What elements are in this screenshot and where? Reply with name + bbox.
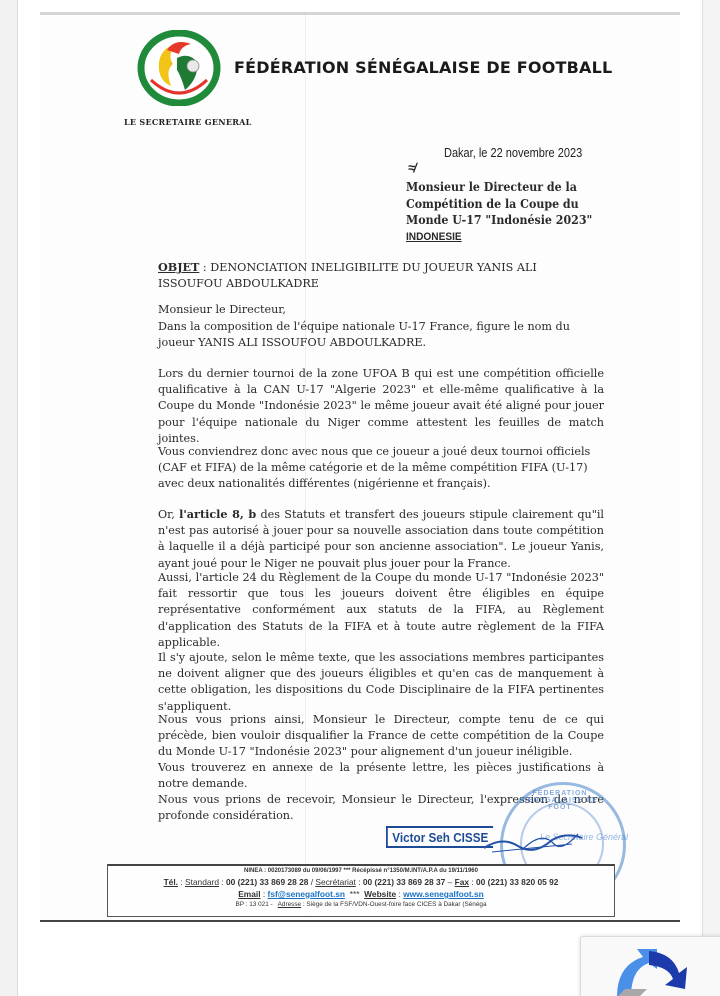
subject-label: OBJET: [158, 260, 199, 274]
website-link[interactable]: www.senegalfoot.sn: [403, 889, 484, 899]
standard-label: Standard: [185, 877, 219, 887]
recipient-line: Compétition de la Coupe du: [406, 196, 592, 213]
page-divider: [40, 920, 680, 922]
subject-text: : DENONCIATION INELIGIBILITE DU JOUEUR Y…: [158, 261, 537, 290]
letter-greeting: Monsieur le Directeur,: [158, 302, 604, 318]
address-text: Siège de la FSF/VDN-Ouest-foire face CIC…: [306, 901, 486, 908]
left-margin-strip: [0, 0, 18, 996]
article-reference: l'article 8, b: [179, 507, 256, 521]
footer-registration: NINEA : 0020173089 du 09/06/1997 *** Réc…: [108, 868, 614, 874]
recipient-address: Monsieur le Directeur de la Compétition …: [406, 179, 592, 245]
recipient-line: Monde U-17 "Indonésie 2023": [406, 212, 592, 229]
paragraph-4-text: Or,: [158, 508, 179, 521]
paragraph-4: Or, l'article 8, b des Statuts et transf…: [158, 506, 604, 572]
footer-phones: Tél. : Standard : 00 (221) 33 869 28 28 …: [108, 877, 614, 887]
fax-label: Fax: [455, 877, 469, 887]
address-label: Adresse: [278, 901, 301, 908]
tel-label: Tél.: [164, 877, 178, 887]
signatory-name-stamp: Victor Seh CISSE: [386, 826, 493, 848]
paragraph-2: Lors du dernier tournoi de la zone UFOA …: [158, 366, 604, 447]
paragraph-3: Vous conviendrez donc avec nous que ce j…: [158, 444, 604, 493]
standard-number: 00 (221) 33 869 28 28: [226, 877, 308, 887]
email-label: Email: [238, 889, 260, 899]
letter-subject: OBJET : DENONCIATION INELIGIBILITE DU JO…: [158, 259, 604, 292]
recaptcha-icon: [613, 947, 687, 996]
website-label: Website: [364, 889, 396, 899]
recipient-country: INDONESIE: [406, 229, 592, 246]
letter-date: Dakar, le 22 novembre 2023: [444, 146, 582, 160]
recaptcha-badge[interactable]: [580, 936, 720, 996]
paragraph-6: Il s'y ajoute, selon le même texte, que …: [158, 650, 604, 715]
paragraph-7: Nous vous prions ainsi, Monsieur le Dire…: [158, 712, 604, 761]
secretariat-label: Secrétariat: [315, 877, 356, 887]
scrollbar-track[interactable]: [702, 0, 720, 996]
round-stamp-text: FEDERATION SENEGALAISE DE FOOT: [510, 790, 610, 811]
fsf-lion-logo-icon: [137, 30, 221, 106]
secretary-general-label: LE SECRETAIRE GENERAL: [124, 117, 252, 127]
secretariat-number: 00 (221) 33 869 28 37: [363, 877, 445, 887]
footer-address: BP : 13 021 - Adresse : Siège de la FSF/…: [108, 901, 614, 908]
handwritten-mark: ≉: [408, 160, 415, 175]
recipient-line: Monsieur le Directeur de la: [406, 179, 592, 196]
paragraph-5: Aussi, l'article 24 du Règlement de la C…: [158, 570, 604, 651]
federation-title: FÉDÉRATION SÉNÉGALAISE DE FOOTBALL: [234, 58, 612, 77]
letterhead-footer: NINEA : 0020173089 du 09/06/1997 *** Réc…: [107, 864, 615, 917]
signature-icon: [482, 826, 592, 856]
fax-number: 00 (221) 33 820 05 92: [476, 877, 558, 887]
paragraph-1: Dans la composition de l'équipe national…: [158, 319, 604, 351]
footer-contacts: Email : fsf@senegalfoot.sn *** Website :…: [108, 889, 614, 899]
email-link[interactable]: fsf@senegalfoot.sn: [268, 889, 346, 899]
po-box: BP : 13 021 -: [235, 901, 272, 908]
